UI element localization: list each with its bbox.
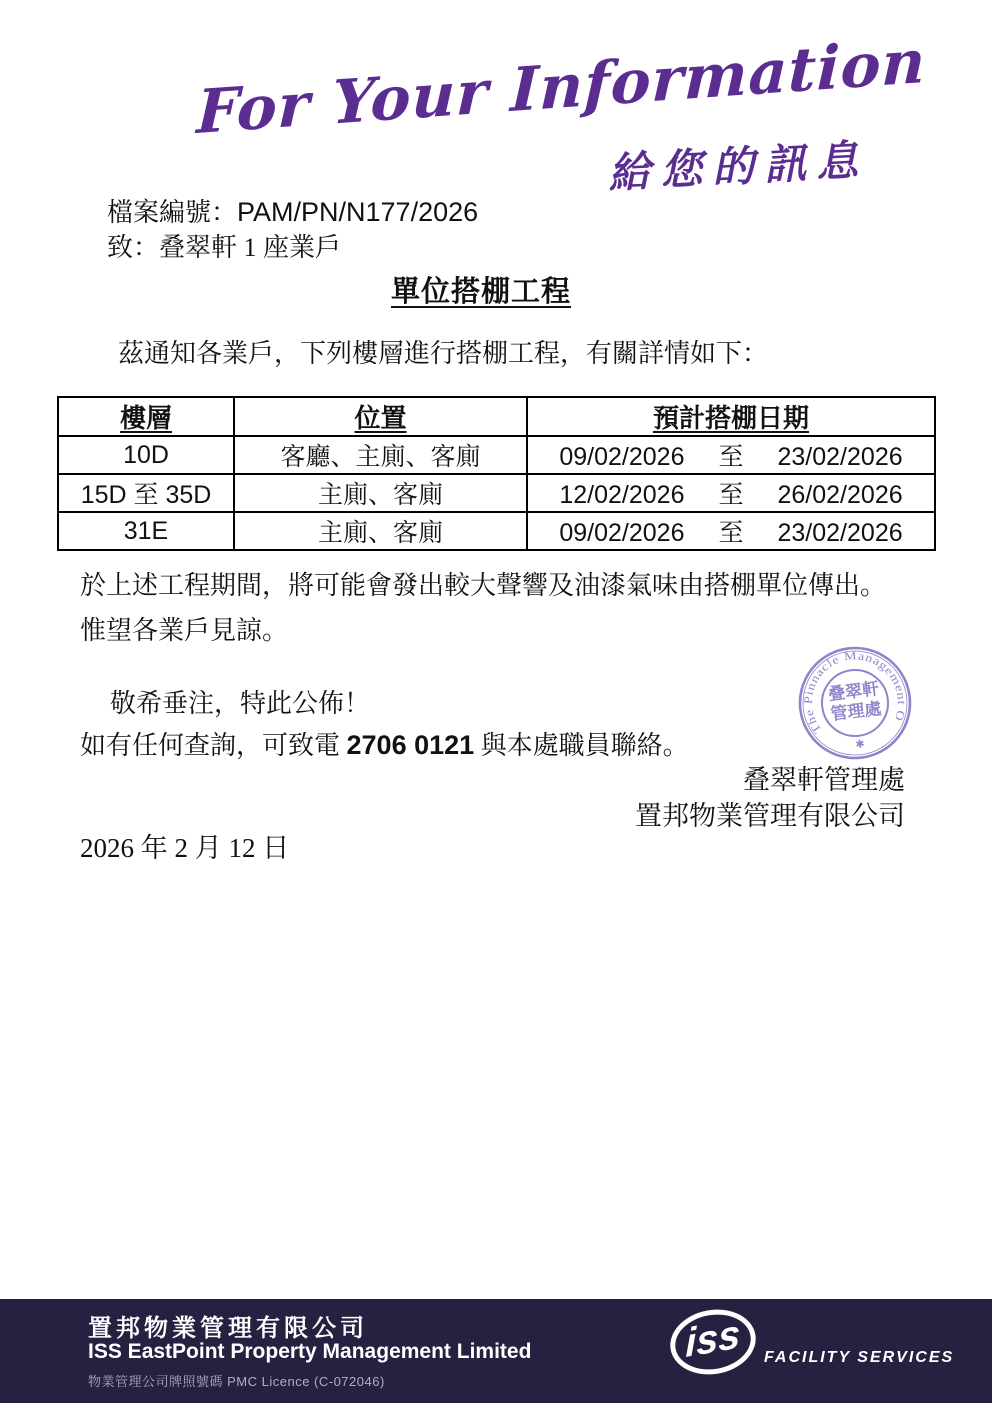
cell-date: 09/02/2026 至 23/02/2026 [527,512,935,550]
enquiry-line: 如有任何查詢，可致電 2706 0121 與本處職員聯絡。 [80,725,689,762]
col-header-location: 位置 [234,397,527,436]
date-from: 12/02/2026 [559,481,684,510]
file-number-value: PAM/PN/N177/2026 [237,197,478,227]
cell-date: 09/02/2026 至 23/02/2026 [527,436,935,474]
file-number-label: 檔案編號： [107,198,237,227]
notice-paragraph-line2: 惟望各業戶見諒。 [80,608,930,653]
enquiry-suffix: 與本處職員聯絡。 [474,731,689,760]
table-header-row: 樓層 位置 預計搭棚日期 [58,397,935,436]
cell-floor: 10D [58,436,234,474]
page-title: 單位搭棚工程 [0,269,962,310]
footer-bar: 置邦物業管理有限公司 ISS EastPoint Property Manage… [0,1299,992,1403]
enquiry-phone-number: 2706 0121 [347,730,475,760]
addressee-line: 致：叠翠軒 1 座業戶 [107,227,341,264]
notice-page: For Your Information 給您的訊息 檔案編號：PAM/PN/N… [0,0,992,1403]
scaffolding-schedule-table: 樓層 位置 預計搭棚日期 10D 客廳、主廁、客廁 09/02/2026 至 2… [57,396,936,551]
iss-logo-text: iss [686,1314,741,1370]
signature-office: 叠翠軒管理處 [743,758,905,797]
iss-logo-icon: iss [665,1303,761,1381]
table-row: 31E 主廁、客廁 09/02/2026 至 23/02/2026 [58,512,935,550]
office-stamp-icon: The Pinnacle Management Office 叠翠軒 管理處 ✱ [790,638,919,767]
date-from: 09/02/2026 [559,519,684,548]
file-number-line: 檔案編號：PAM/PN/N177/2026 [107,192,478,229]
issue-date: 2026 年 2 月 12 日 [80,826,289,865]
fyi-logo-chinese: 給您的訊息 [607,127,870,201]
signature-company: 置邦物業管理有限公司 [635,794,905,833]
notice-paragraph-line1: 於上述工程期間，將可能會發出較大聲響及油漆氣味由搭棚單位傳出。 [80,563,930,608]
iss-logo-caption: FACILITY SERVICES [764,1349,954,1367]
date-from: 09/02/2026 [559,443,684,472]
cell-location: 主廁、客廁 [234,474,527,512]
stamp-star-icon: ✱ [855,738,866,751]
cell-location: 主廁、客廁 [234,512,527,550]
fyi-logo-script: For Your Information [195,38,766,148]
date-to: 23/02/2026 [778,519,903,548]
cell-floor: 31E [58,512,234,550]
table-row: 15D 至 35D 主廁、客廁 12/02/2026 至 26/02/2026 [58,474,935,512]
col-header-floor: 樓層 [58,397,234,436]
table-row: 10D 客廳、主廁、客廁 09/02/2026 至 23/02/2026 [58,436,935,474]
col-header-date: 預計搭棚日期 [527,397,935,436]
footer-company-zh: 置邦物業管理有限公司 [88,1308,368,1343]
date-separator: 至 [718,437,743,473]
date-to: 23/02/2026 [778,443,903,472]
enquiry-prefix: 如有任何查詢，可致電 [80,731,347,760]
date-separator: 至 [718,513,743,549]
footer-company-en: ISS EastPoint Property Management Limite… [88,1340,531,1364]
cell-location: 客廳、主廁、客廁 [234,436,527,474]
closing-line: 敬希垂注，特此公佈！ [110,683,370,720]
intro-text: 茲通知各業戶，下列樓層進行搭棚工程，有關詳情如下： [118,333,768,370]
date-separator: 至 [718,475,743,511]
notice-paragraph: 於上述工程期間，將可能會發出較大聲響及油漆氣味由搭棚單位傳出。 惟望各業戶見諒。 [80,563,930,653]
date-to: 26/02/2026 [778,481,903,510]
footer-licence: 物業管理公司牌照號碼 PMC Licence (C-072046) [88,1371,385,1390]
cell-floor: 15D 至 35D [58,474,234,512]
cell-date: 12/02/2026 至 26/02/2026 [527,474,935,512]
